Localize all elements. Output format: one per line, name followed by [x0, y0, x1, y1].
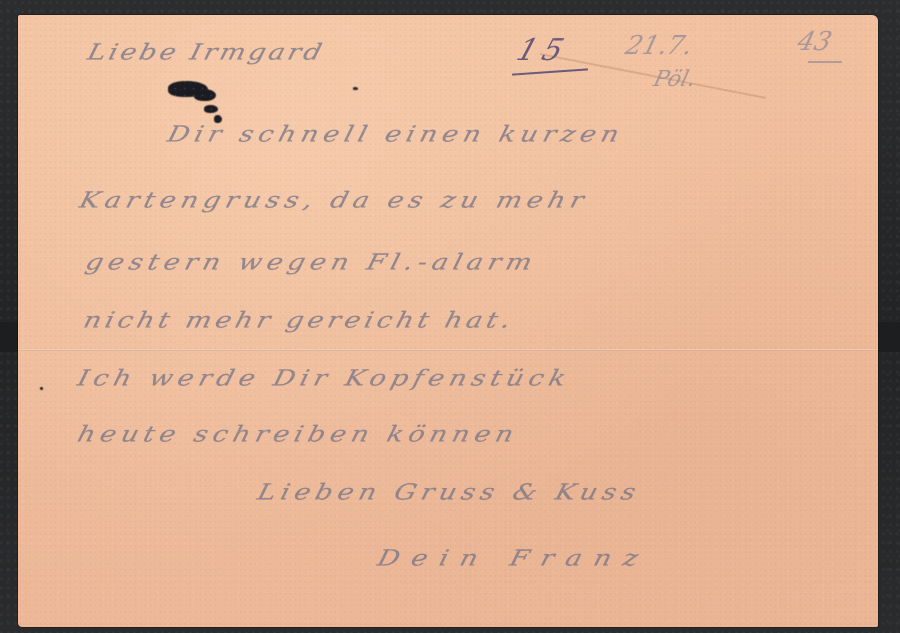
- body-line: gestern wegen Fl.-alarm: [83, 250, 540, 275]
- year-underline: [808, 61, 842, 63]
- ink-speck: [353, 87, 358, 90]
- mount-shadow-band-left: [0, 322, 18, 352]
- body-line: heute schreiben können: [75, 422, 521, 447]
- salutation: Liebe Irmgard: [85, 40, 327, 65]
- postcard: Liebe Irmgard 15 21.7. 43 Pöl. Dir schne…: [18, 15, 878, 627]
- day-underline: [512, 68, 588, 75]
- mount-shadow-band-right: [878, 322, 900, 352]
- body-line: Dir schnell einen kurzen: [165, 122, 627, 147]
- fold-crease: [18, 349, 878, 351]
- closing: Lieben Gruss & Kuss: [255, 480, 644, 505]
- ink-blot: [194, 89, 216, 101]
- signature: Dein Franz: [375, 546, 653, 571]
- body-line: nicht mehr gereicht hat.: [81, 308, 517, 333]
- day-number: 15: [512, 33, 574, 68]
- body-line: Kartengruss, da es zu mehr: [77, 188, 592, 213]
- note-below-date: Pöl.: [651, 67, 698, 92]
- ink-speck: [40, 387, 43, 390]
- body-line: Ich werde Dir Kopfenstück: [75, 366, 574, 391]
- date: 21.7.: [622, 31, 696, 61]
- year: 43: [794, 27, 835, 57]
- ink-blot: [204, 105, 218, 113]
